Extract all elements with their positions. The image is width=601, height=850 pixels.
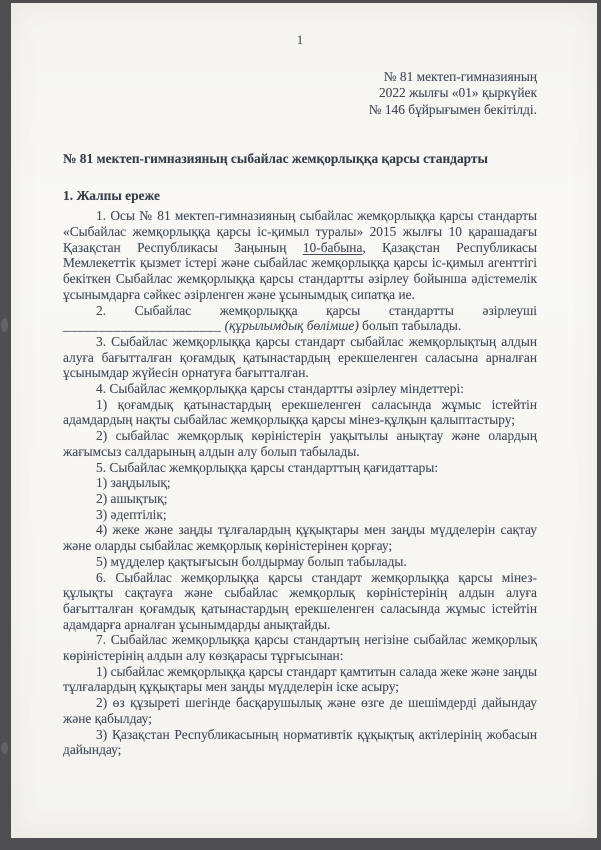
- paragraph-2-line2: ______________________ (құрылымдық бөлім…: [63, 318, 537, 334]
- list-item: 3) Қазақстан Республикасының нормативтік…: [63, 727, 537, 758]
- list-item: 2) ашықтық;: [63, 491, 537, 507]
- scan-smudge: [1, 318, 8, 332]
- list-item: 5) мүдделер қақтығысын болдырмау болып т…: [63, 554, 537, 570]
- section-heading: 1. Жалпы ереже: [63, 188, 537, 204]
- paragraph-2-line1: 2. Сыбайлас жемқорлыққа қарсы стандартты…: [63, 303, 537, 319]
- structural-unit-note: (құрылымдық бөлімше): [225, 318, 359, 333]
- list-item: 2) өз құзыреті шегінде басқарушылық және…: [63, 695, 537, 726]
- list-item: 4) жеке және заңды тұлғалардың құқықтары…: [63, 522, 537, 553]
- paragraph-3: 3. Сыбайлас жемқорлыққа қарсы стандарт с…: [63, 334, 537, 381]
- list-item: 3) әдептілік;: [63, 507, 537, 523]
- list-item: 1) қоғамдық қатынастардың ерекшеленген с…: [63, 397, 537, 428]
- law-article-ref: 10-бабына: [303, 240, 363, 255]
- page-number: 1: [63, 3, 537, 49]
- paragraph-4: 4. Сыбайлас жемқорлыққа қарсы стандартты…: [63, 381, 537, 397]
- paragraph-6: 6. Сыбайлас жемқорлыққа қарсы стандарт ж…: [63, 570, 537, 633]
- paragraph-2-tail: болып табылады.: [359, 318, 461, 333]
- list-item: 1) заңдылық;: [63, 475, 537, 491]
- approval-line-1: № 81 мектеп-гимназияның: [63, 69, 537, 85]
- scan-smudge: [1, 742, 8, 754]
- scanned-document: { "doc": { "page_number": "1", "approval…: [0, 0, 601, 850]
- document-body: 1. Осы № 81 мектеп-гимназияның сыбайлас …: [63, 208, 537, 758]
- approval-block: № 81 мектеп-гимназияның 2022 жылғы «01» …: [63, 69, 537, 118]
- list-item: 2) сыбайлас жемқорлық көріністерін уақыт…: [63, 428, 537, 459]
- blank-fill-in-field: ______________________: [63, 318, 221, 333]
- document-page: 1 № 81 мектеп-гимназияның 2022 жылғы «01…: [11, 3, 597, 838]
- paragraph-1: 1. Осы № 81 мектеп-гимназияның сыбайлас …: [63, 208, 537, 302]
- paragraph-2-lead: 2. Сыбайлас жемқорлыққа қарсы стандартты…: [96, 303, 537, 318]
- approval-line-3: № 146 бұйрығымен бекітілді.: [63, 102, 537, 118]
- page-content: 1 № 81 мектеп-гимназияның 2022 жылғы «01…: [11, 3, 597, 758]
- paragraph-5: 5. Сыбайлас жемқорлыққа қарсы стандартты…: [63, 460, 537, 476]
- approval-line-2: 2022 жылғы «01» қыркүйек: [63, 85, 537, 101]
- list-item: 1) сыбайлас жемқорлыққа қарсы стандарт қ…: [63, 664, 537, 695]
- paragraph-7: 7. Сыбайлас жемқорлыққа қарсы стандартың…: [63, 632, 537, 663]
- document-title: № 81 мектеп-гимназияның сыбайлас жемқорл…: [63, 151, 537, 167]
